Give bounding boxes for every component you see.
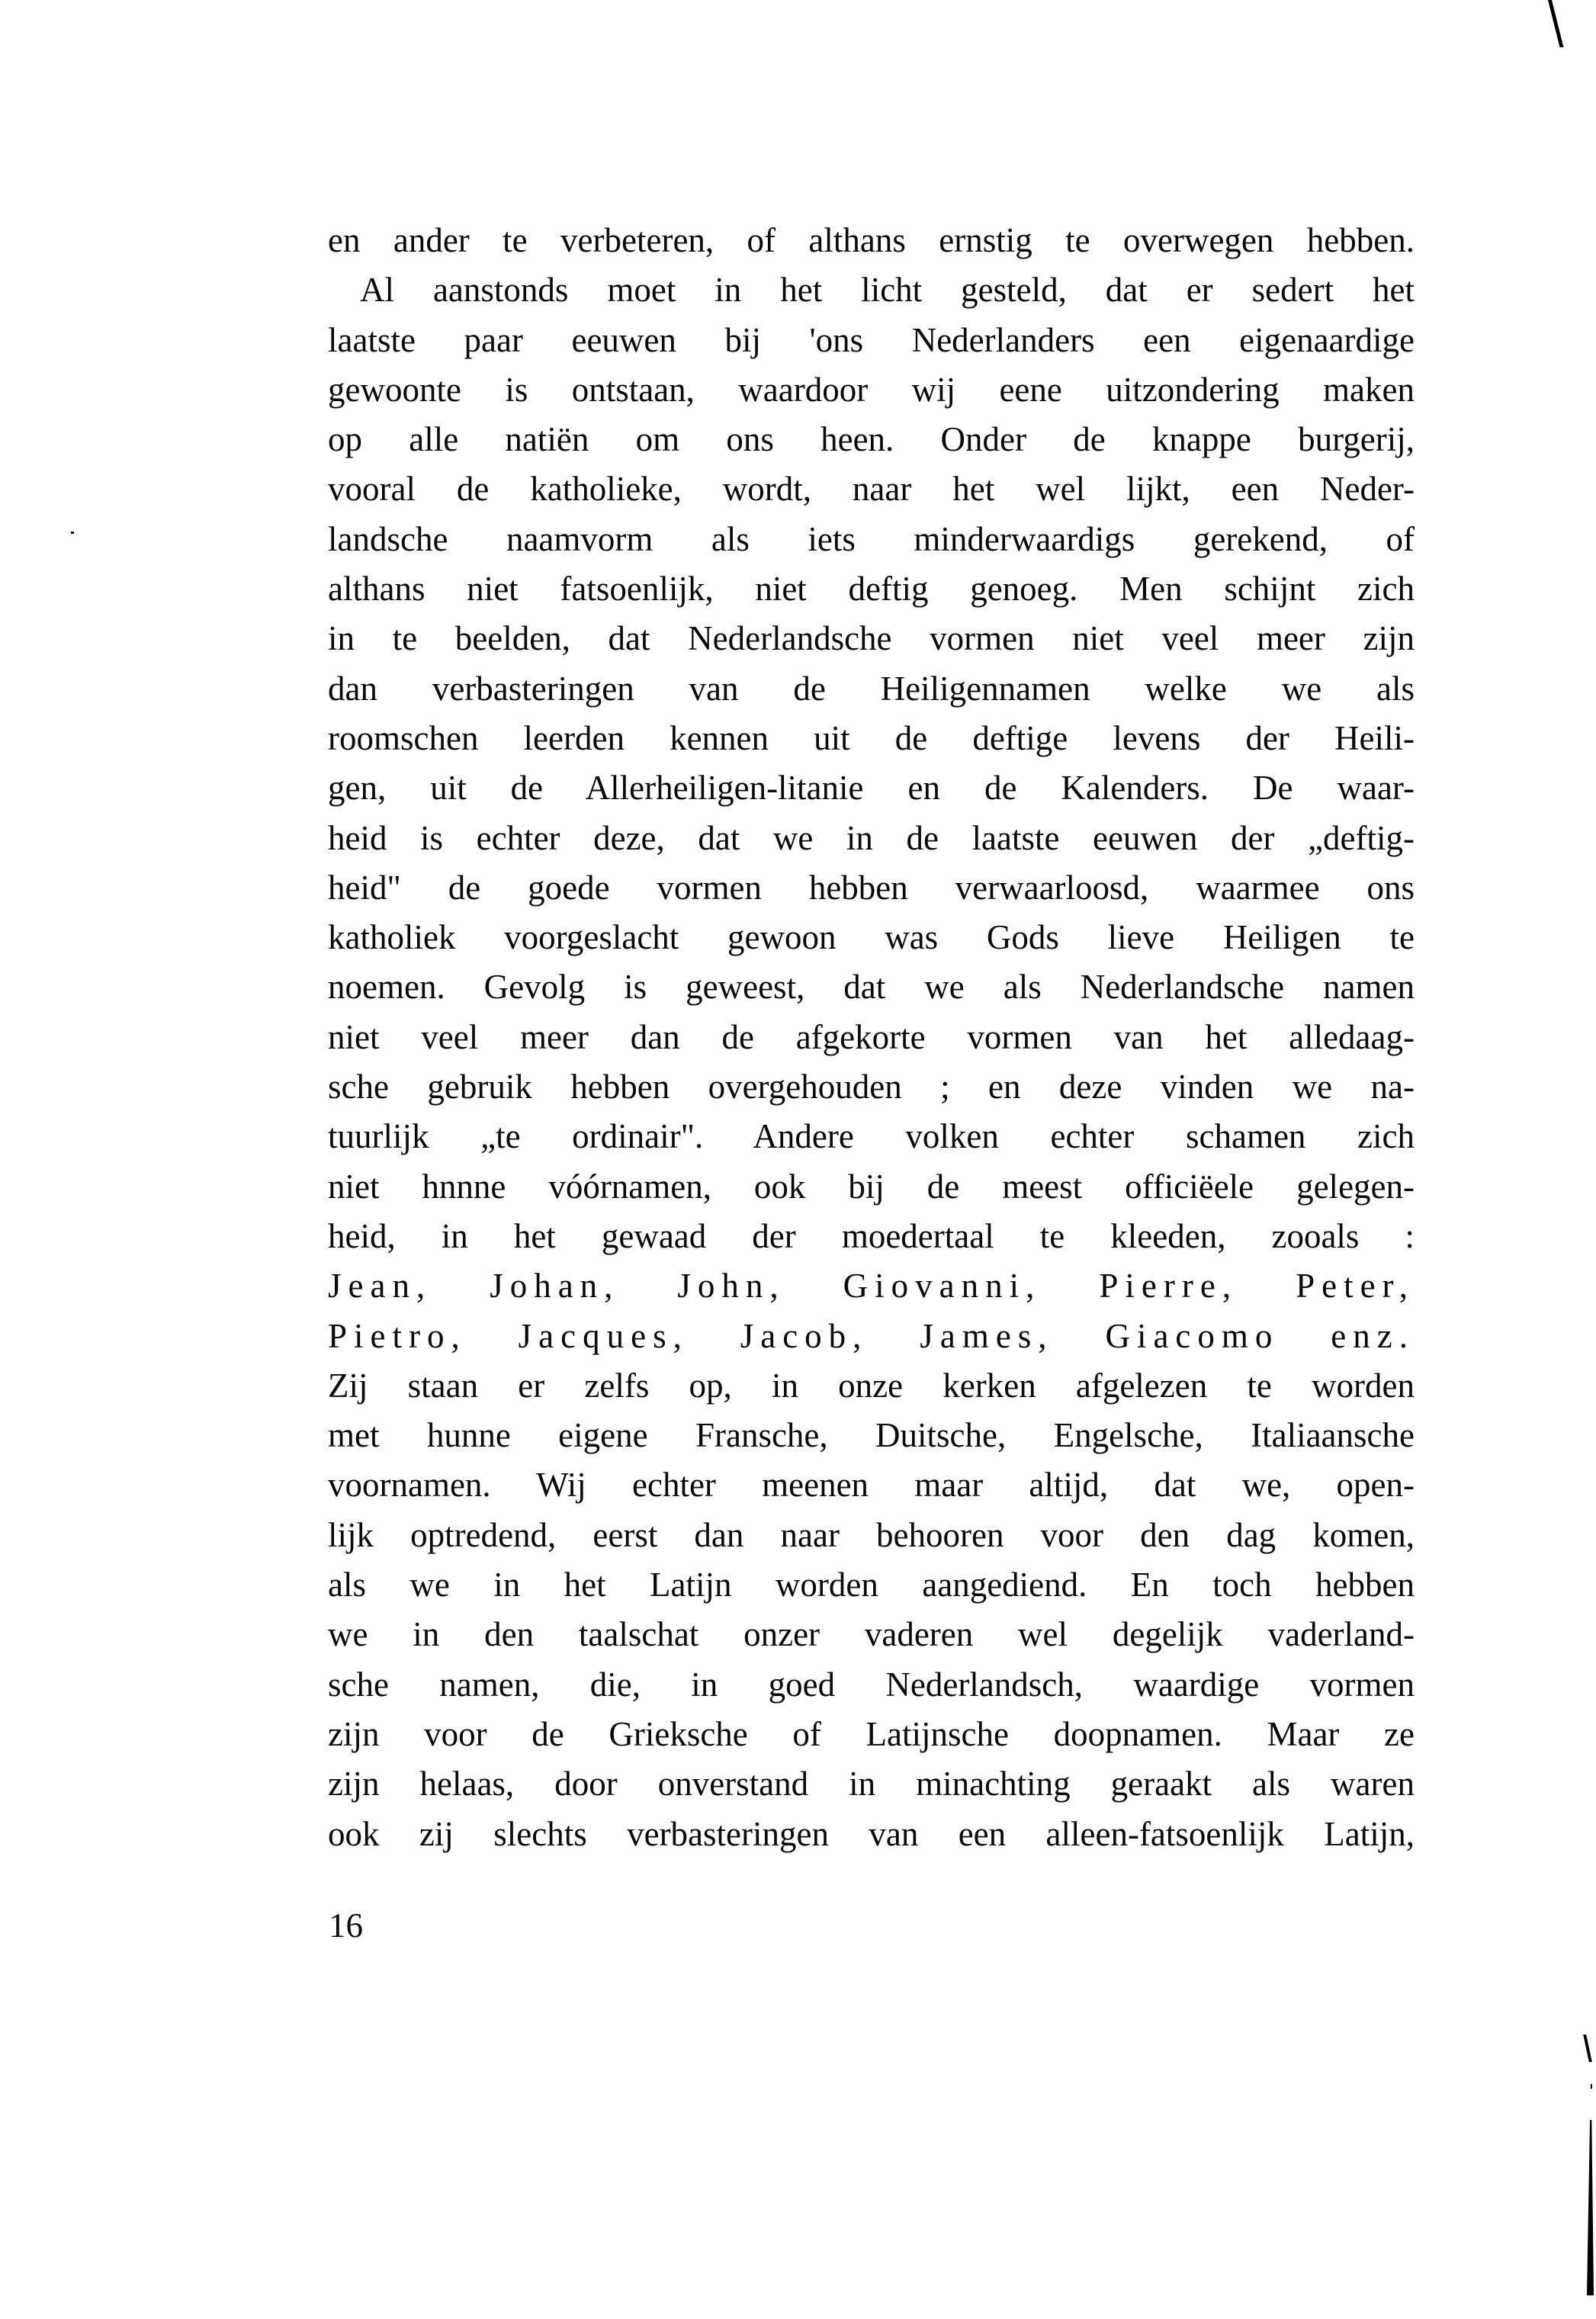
text-line: vooral de katholieke, wordt, naar het we… bbox=[328, 464, 1415, 514]
text-line: lijk optredend, eerst dan naar behooren … bbox=[328, 1511, 1415, 1560]
text-line-paragraph-start: Al aanstonds moet in het licht gesteld, … bbox=[328, 265, 1415, 315]
text-line: met hunne eigene Fransche, Duitsche, Eng… bbox=[328, 1411, 1415, 1460]
book-page: en ander te verbeteren, of althans ernst… bbox=[0, 0, 1596, 2319]
text-line: landsche naamvorm als iets minderwaardig… bbox=[328, 515, 1415, 564]
scan-speck bbox=[71, 532, 74, 534]
text-line: sche gebruik hebben overgehouden ; en de… bbox=[328, 1062, 1415, 1112]
text-line: tuurlijk „te ordinair". Andere volken ec… bbox=[328, 1112, 1415, 1161]
text-line: zijn voor de Grieksche of Latijnsche doo… bbox=[328, 1710, 1415, 1759]
text-line-spaced-names: Pietro, Jacques, Jacob, James, Giacomo e… bbox=[328, 1312, 1415, 1361]
text-line: Zij staan er zelfs op, in onze kerken af… bbox=[328, 1361, 1415, 1411]
text-line: roomschen leerden kennen uit de deftige … bbox=[328, 714, 1415, 763]
text-line: gewoonte is ontstaan, waardoor wij eene … bbox=[328, 365, 1415, 415]
text-line: ook zij slechts verbasteringen van een a… bbox=[328, 1810, 1415, 1859]
text-line: niet hnnne vóórnamen, ook bij de meest o… bbox=[328, 1162, 1415, 1212]
text-line: heid, in het gewaad der moedertaal te kl… bbox=[328, 1212, 1415, 1261]
text-line: niet veel meer dan de afgekorte vormen v… bbox=[328, 1013, 1415, 1062]
text-line: als we in het Latijn worden aangediend. … bbox=[328, 1560, 1415, 1610]
text-line: althans niet fatsoenlijk, niet deftig ge… bbox=[328, 564, 1415, 614]
text-line: heid" de goede vormen hebben verwaarloos… bbox=[328, 863, 1415, 913]
text-line: gen, uit de Allerheiligen-litanie en de … bbox=[328, 763, 1415, 813]
text-line: op alle natiën om ons heen. Onder de kna… bbox=[328, 415, 1415, 464]
text-line-spaced-names: Jean, Johan, John, Giovanni, Pierre, Pet… bbox=[328, 1261, 1415, 1311]
text-line: heid is echter deze, dat we in de laatst… bbox=[328, 814, 1415, 863]
text-line: we in den taalschat onzer vaderen wel de… bbox=[328, 1610, 1415, 1659]
text-line: voornamen. Wij echter meenen maar altijd… bbox=[328, 1460, 1415, 1510]
text-line: sche namen, die, in goed Nederlandsch, w… bbox=[328, 1660, 1415, 1710]
text-line: zijn helaas, door onverstand in minachti… bbox=[328, 1759, 1415, 1809]
scan-edge-mark-bottom bbox=[1591, 2084, 1592, 2089]
text-line: dan verbasteringen van de Heiligennamen … bbox=[328, 664, 1415, 714]
text-line: in te beelden, dat Nederlandsche vormen … bbox=[328, 614, 1415, 663]
text-line: katholiek voorgeslacht gewoon was Gods l… bbox=[328, 913, 1415, 962]
text-line: laatste paar eeuwen bij 'ons Nederlander… bbox=[328, 316, 1415, 365]
scan-edge-mark-top bbox=[1548, 0, 1563, 47]
text-line: en ander te verbeteren, of althans ernst… bbox=[328, 216, 1415, 265]
page-number: 16 bbox=[329, 1903, 363, 1948]
body-text: en ander te verbeteren, of althans ernst… bbox=[328, 216, 1415, 1859]
scan-edge-mark-bottom bbox=[1583, 2035, 1592, 2062]
text-line: noemen. Gevolg is geweest, dat we als Ne… bbox=[328, 962, 1415, 1012]
scan-edge-mark-bottom bbox=[1587, 2120, 1594, 2295]
